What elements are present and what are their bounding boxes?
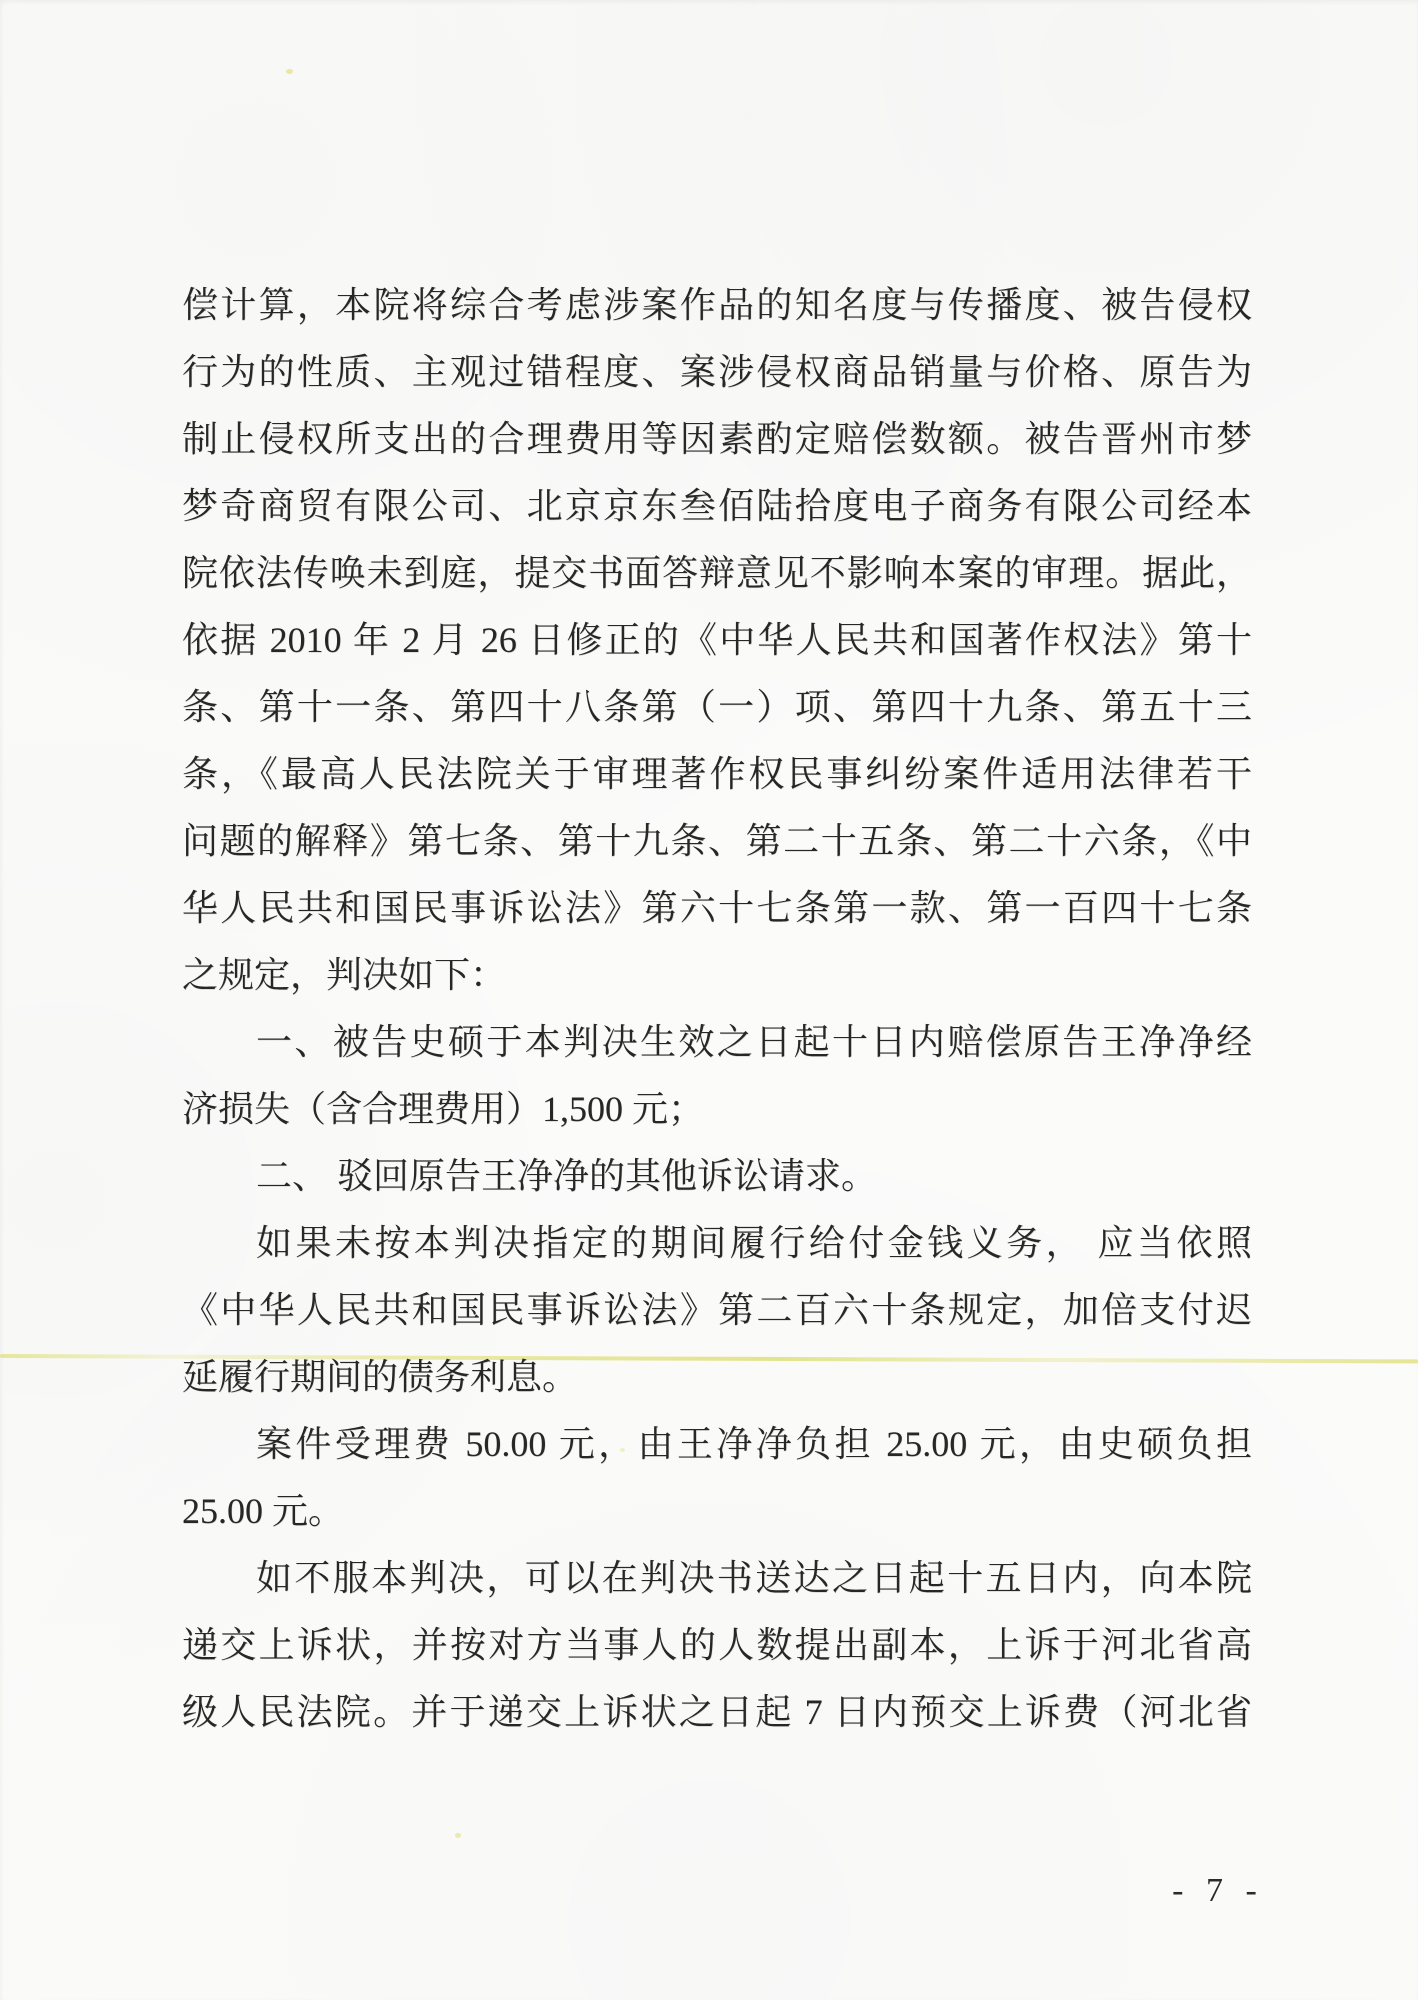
text-line: 递交上诉状，并按对方当事人的人数提出副本，上诉于河北省高: [182, 1612, 1252, 1679]
text-line: 一、被告史硕于本判决生效之日起十日内赔偿原告王净净经: [182, 1009, 1252, 1076]
paragraph-interest-clause: 如果未按本判决指定的期间履行给付金钱义务， 应当依照 《中华人民共和国民事诉讼法…: [182, 1210, 1252, 1411]
paragraph-court-fees: 案件受理费 50.00 元，由王净净负担 25.00 元，由史硕负担 25.00…: [182, 1411, 1252, 1545]
text-line: 行为的性质、主观过错程度、案涉侵权商品销量与价格、原告为: [182, 339, 1252, 406]
text-line: 梦奇商贸有限公司、北京京东叁佰陆拾度电子商务有限公司经本: [182, 473, 1252, 540]
text-line: 问题的解释》第七条、第十九条、第二十五条、第二十六条，《中: [182, 808, 1252, 875]
text-line: 《中华人民共和国民事诉讼法》第二百六十条规定，加倍支付迟: [182, 1277, 1252, 1344]
text-line: 院依法传唤未到庭，提交书面答辩意见不影响本案的审理。据此，: [182, 540, 1252, 607]
text-line: 之规定，判决如下：: [182, 942, 1252, 1009]
text-line: 如果未按本判决指定的期间履行给付金钱义务， 应当依照: [182, 1210, 1252, 1277]
text-line: 制止侵权所支出的合理费用等因素酌定赔偿数额。被告晋州市梦: [182, 406, 1252, 473]
text-line: 济损失（含合理费用）1,500 元；: [182, 1076, 1252, 1143]
paragraph-ruling-basis: 偿计算，本院将综合考虑涉案作品的知名度与传播度、被告侵权 行为的性质、主观过错程…: [182, 272, 1252, 1009]
judgment-body-text: 偿计算，本院将综合考虑涉案作品的知名度与传播度、被告侵权 行为的性质、主观过错程…: [182, 272, 1252, 1746]
text-line: 25.00 元。: [182, 1478, 1252, 1545]
text-line: 案件受理费 50.00 元，由王净净负担 25.00 元，由史硕负担: [182, 1411, 1252, 1478]
text-line: 延履行期间的债务利息。: [182, 1344, 1252, 1411]
text-line: 偿计算，本院将综合考虑涉案作品的知名度与传播度、被告侵权: [182, 272, 1252, 339]
text-line: 华人民共和国民事诉讼法》第六十七条第一款、第一百四十七条: [182, 875, 1252, 942]
text-line: 条、第十一条、第四十八条第（一）项、第四十九条、第五十三: [182, 674, 1252, 741]
page-number: - 7 -: [1148, 1872, 1288, 1910]
text-line: 如不服本判决，可以在判决书送达之日起十五日内，向本院: [182, 1545, 1252, 1612]
paragraph-appeal-instructions: 如不服本判决，可以在判决书送达之日起十五日内，向本院 递交上诉状，并按对方当事人…: [182, 1545, 1252, 1746]
scan-speck: [286, 69, 293, 74]
scan-speck: [455, 1833, 461, 1838]
paragraph-judgment-item-1: 一、被告史硕于本判决生效之日起十日内赔偿原告王净净经 济损失（含合理费用）1,5…: [182, 1009, 1252, 1143]
text-line: 依据 2010 年 2 月 26 日修正的《中华人民共和国著作权法》第十: [182, 607, 1252, 674]
text-line: 二、 驳回原告王净净的其他诉讼请求。: [182, 1143, 1252, 1210]
text-line: 级人民法院。并于递交上诉状之日起 7 日内预交上诉费（河北省: [182, 1679, 1252, 1746]
paragraph-judgment-item-2: 二、 驳回原告王净净的其他诉讼请求。: [182, 1143, 1252, 1210]
document-page: 偿计算，本院将综合考虑涉案作品的知名度与传播度、被告侵权 行为的性质、主观过错程…: [0, 0, 1418, 2000]
text-line: 条，《最高人民法院关于审理著作权民事纠纷案件适用法律若干: [182, 741, 1252, 808]
